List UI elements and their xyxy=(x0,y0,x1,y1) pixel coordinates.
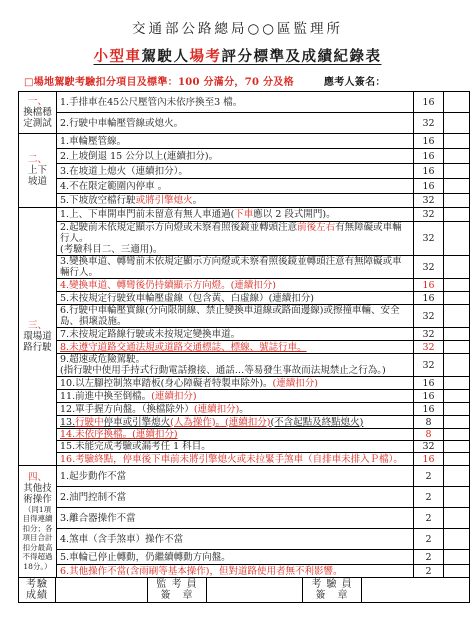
examiner-signature-label: 考 驗 員 簽 章 xyxy=(303,578,362,602)
item-text: 15.未能完成考驗或漏考任 1 科目。 xyxy=(57,441,414,453)
deduction-points: 16 xyxy=(414,279,444,292)
score-table-body: 一、 換檔穩 定測試1.手排車在45公尺壓管內未依序換至3 檔。162.行駛中車… xyxy=(19,92,470,578)
deduction-points: 32 xyxy=(414,305,444,328)
deduction-points: 32 xyxy=(414,113,444,134)
table-row: 4.不在限定範圍內停車 。16 xyxy=(19,179,470,194)
deduction-points: 16 xyxy=(414,179,444,194)
item-text: 4.不在限定範圍內停車 。 xyxy=(57,179,414,194)
table-row: 4.煞車（含手煞車）操作不當2 xyxy=(19,529,470,550)
table-row: 2.起駛前未依規定顯示方向燈或未察看照後鏡並轉頭注意前後左右有無障礙或車輛行人。… xyxy=(19,222,470,256)
section-number: 二、 xyxy=(28,154,47,165)
table-row: 15.未能完成考驗或漏考任 1 科目。32 xyxy=(19,441,470,453)
deduction-points: 2 xyxy=(414,529,444,550)
table-row: 5.未按規定行駛致車輪壓虛線（包含黃、白虛線）(連續扣分)16 xyxy=(19,292,470,305)
deduction-record-cell[interactable] xyxy=(444,341,470,354)
deduction-points: 16 xyxy=(414,403,444,416)
item-text: 3.在坡道上熄火（連續扣分）。 xyxy=(57,164,414,179)
deduction-record-cell[interactable] xyxy=(444,279,470,292)
table-row: 12.單手握方向盤。（換檔除外）(連續扣分)。16 xyxy=(19,403,470,416)
table-row: 4.變換車道、轉彎後仍持續顯示方向燈。(連續扣分)16 xyxy=(19,279,470,292)
item-text: 5.未按規定行駛致車輪壓虛線（包含黃、白虛線）(連續扣分) xyxy=(57,292,414,305)
item-text: 2.油門控制不當 xyxy=(57,487,414,508)
item-text: 9.超速或危險駕駛。 (指行駛中使用手持式行動電話撥接、通話…等易發生事故而法規… xyxy=(57,354,414,377)
table-row: 11.前進中換至倒檔。(連續扣分)16 xyxy=(19,390,470,403)
item-text: 4.煞車（含手煞車）操作不當 xyxy=(57,529,414,550)
deduction-record-cell[interactable] xyxy=(444,113,470,134)
deduction-standard-note: □場地駕駛考驗扣分項目及標準：100 分滿分，70 分及格 xyxy=(24,73,294,88)
deduction-points: 16 xyxy=(414,453,444,466)
deduction-record-cell[interactable] xyxy=(444,377,470,390)
table-row: 10.以左腳控制煞車踏板(身心障礙者特製車除外)。(連續扣分)16 xyxy=(19,377,470,390)
deduction-points: 8 xyxy=(414,429,444,441)
exam-result-value-cell[interactable] xyxy=(56,578,148,602)
deduction-points: 32 xyxy=(414,208,444,222)
section-number: 四、 xyxy=(28,472,47,483)
deduction-points: 8 xyxy=(414,416,444,429)
item-text: 5.下坡放空檔行駛或將引擎熄火。 xyxy=(57,194,414,208)
deduction-record-cell[interactable] xyxy=(444,292,470,305)
exam-result-label: 考驗 成績 xyxy=(19,578,56,602)
deduction-points: 16 xyxy=(414,292,444,305)
deduction-record-cell[interactable] xyxy=(444,390,470,403)
deduction-record-cell[interactable] xyxy=(444,194,470,208)
item-text: 2.上坡倒退 15 公分以上(連續扣分)。 xyxy=(57,149,414,164)
table-row: 13.行駛中停車或引擎熄火(人為操作)。(連續扣分)(不含起點及終點熄火)8 xyxy=(19,416,470,429)
score-table: 一、 換檔穩 定測試1.手排車在45公尺壓管內未依序換至3 檔。162.行駛中車… xyxy=(18,91,470,603)
table-row: 2.油門控制不當2 xyxy=(19,487,470,508)
footer-row: 考驗 成績 監 考 員 簽 章 考 驗 員 簽 章 xyxy=(19,578,470,603)
header-note-row: □場地駕駛考驗扣分項目及標準：100 分滿分，70 分及格 應考人簽名： xyxy=(24,73,475,88)
deduction-points: 16 xyxy=(414,92,444,113)
deduction-points: 16 xyxy=(414,390,444,403)
deduction-points: 32 xyxy=(414,222,444,256)
item-text: 6.行駛中車輪壓實線(分向限制線、禁止變換車道線或路面邊線)或擦撞車輛、安全島、… xyxy=(57,305,414,328)
page-subtitle: 小型車駕駛人場考評分標準及成績紀錄表 xyxy=(0,45,475,66)
deduction-record-cell[interactable] xyxy=(444,328,470,341)
deduction-points: 32 xyxy=(414,341,444,354)
table-row: 一、 換檔穩 定測試1.手排車在45公尺壓管內未依序換至3 檔。16 xyxy=(19,92,470,113)
deduction-points: 16 xyxy=(414,134,444,149)
section-number: 一、 xyxy=(28,96,47,107)
deduction-record-cell[interactable] xyxy=(444,453,470,466)
deduction-record-cell[interactable] xyxy=(444,222,470,256)
deduction-points: 2 xyxy=(414,466,444,487)
item-text: 12.單手握方向盤。（換檔除外）(連續扣分)。 xyxy=(57,403,414,416)
table-row: 6.行駛中車輪壓實線(分向限制線、禁止變換車道線或路面邊線)或擦撞車輛、安全島、… xyxy=(19,305,470,328)
item-text: 1.車輪壓管線。 xyxy=(57,134,414,149)
deduction-points: 16 xyxy=(414,164,444,179)
deduction-record-cell[interactable] xyxy=(444,92,470,113)
table-row: 3.離合器操作不當2 xyxy=(19,508,470,529)
item-text: 1.上、下車開車門前未留意有無人車通過(下車應以 2 段式開門)。 xyxy=(57,208,414,222)
item-text: 3.離合器操作不當 xyxy=(57,508,414,529)
document-page: 交通部公路總局○○區監理所 小型車駕駛人場考評分標準及成績紀錄表 □場地駕駛考驗… xyxy=(0,0,475,640)
section-number: 三、 xyxy=(28,320,47,331)
table-row: 2.行駛中車輪壓管線或熄火。32 xyxy=(19,113,470,134)
table-row: 6.其他操作不當(含雨刷等基本操作)，但對道路使用者無不利影響。2 xyxy=(19,565,470,578)
item-text: 6.其他操作不當(含雨刷等基本操作)，但對道路使用者無不利影響。 xyxy=(57,565,414,578)
deduction-record-cell[interactable] xyxy=(444,550,470,565)
item-text: 11.前進中換至倒檔。(連續扣分) xyxy=(57,390,414,403)
deduction-record-cell[interactable] xyxy=(444,134,470,149)
item-text: 16.考驗終點，停車後下車前未將引擎熄火或未拉緊手煞車（自排車未排入Ｐ檔）。 xyxy=(57,453,414,466)
deduction-points: 32 xyxy=(414,328,444,341)
item-text: 10.以左腳控制煞車踏板(身心障礙者特製車除外)。(連續扣分) xyxy=(57,377,414,390)
table-row: 14.未依序換檔。(連續扣分)8 xyxy=(19,429,470,441)
proctor-signature-cell[interactable] xyxy=(207,578,303,602)
deduction-points: 32 xyxy=(414,194,444,208)
table-row: 5.車輪已停止轉動，仍繼續轉動方向盤。2 xyxy=(19,550,470,565)
table-row: 9.超速或危險駕駛。 (指行駛中使用手持式行動電話撥接、通話…等易發生事故而法規… xyxy=(19,354,470,377)
item-text: 2.起駛前未依規定顯示方向燈或未察看照後鏡並轉頭注意前後左右有無障礙或車輛行人。… xyxy=(57,222,414,256)
table-row: 2.上坡倒退 15 公分以上(連續扣分)。16 xyxy=(19,149,470,164)
deduction-points: 16 xyxy=(414,149,444,164)
section-label: 三、 環場道 路行駛 xyxy=(19,208,57,466)
table-row: 7.未按規定路線行駛或未按規定變換車道。32 xyxy=(19,328,470,341)
table-row: 三、 環場道 路行駛1.上、下車開車門前未留意有無人車通過(下車應以 2 段式開… xyxy=(19,208,470,222)
deduction-points: 16 xyxy=(414,377,444,390)
section-label: 四、 其他技 術操作（同1項 目得連續 扣分；各 項目合計 扣分最高 不得超過 … xyxy=(19,466,57,578)
deduction-points: 2 xyxy=(414,508,444,529)
section-label: 一、 換檔穩 定測試 xyxy=(19,92,57,134)
section-note: （同1項 目得連續 扣分；各 項目合計 扣分最高 不得超過 18分。） xyxy=(22,505,53,572)
table-row: 四、 其他技 術操作（同1項 目得連續 扣分；各 項目合計 扣分最高 不得超過 … xyxy=(19,466,470,487)
item-text: 2.行駛中車輪壓管線或熄火。 xyxy=(57,113,414,134)
deduction-record-cell[interactable] xyxy=(444,487,470,508)
deduction-points: 2 xyxy=(414,550,444,565)
proctor-signature-label: 監 考 員 簽 章 xyxy=(148,578,207,602)
deduction-record-cell[interactable] xyxy=(444,354,470,377)
deduction-record-cell[interactable] xyxy=(444,149,470,164)
deduction-record-cell[interactable] xyxy=(444,179,470,194)
table-row: 16.考驗終點，停車後下車前未將引擎熄火或未拉緊手煞車（自排車未排入Ｐ檔）。16 xyxy=(19,453,470,466)
item-text: 8.未遵守道路交通法規或道路交通標誌、標線、號誌行車。 xyxy=(57,341,414,354)
deduction-record-cell[interactable] xyxy=(444,164,470,179)
table-row: 5.下坡放空檔行駛或將引擎熄火。32 xyxy=(19,194,470,208)
examiner-signature-cell[interactable] xyxy=(362,578,469,602)
deduction-record-cell[interactable] xyxy=(444,441,470,453)
examinee-signature-label: 應考人簽名： xyxy=(324,73,386,88)
item-text: 3.變換車道、轉彎前未依規定顯示方向燈或未察看照後鏡並轉頭注意有無障礙或車輛行人… xyxy=(57,256,414,279)
deduction-record-cell[interactable] xyxy=(444,403,470,416)
deduction-record-cell[interactable] xyxy=(444,529,470,550)
deduction-points: 2 xyxy=(414,565,444,578)
deduction-record-cell[interactable] xyxy=(444,565,470,578)
deduction-record-cell[interactable] xyxy=(444,429,470,441)
deduction-record-cell[interactable] xyxy=(444,208,470,222)
deduction-record-cell[interactable] xyxy=(444,305,470,328)
deduction-points: 32 xyxy=(414,256,444,279)
item-text: 7.未按規定路線行駛或未按規定變換車道。 xyxy=(57,328,414,341)
deduction-record-cell[interactable] xyxy=(444,466,470,487)
deduction-points: 32 xyxy=(414,441,444,453)
table-row: 3.在坡道上熄火（連續扣分）。16 xyxy=(19,164,470,179)
table-row: 二、 上下 坡道1.車輪壓管線。16 xyxy=(19,134,470,149)
deduction-record-cell[interactable] xyxy=(444,508,470,529)
item-text: 1.起步動作不當 xyxy=(57,466,414,487)
page-title: 交通部公路總局○○區監理所 xyxy=(0,0,475,37)
section-label: 二、 上下 坡道 xyxy=(19,134,57,208)
item-text: 5.車輪已停止轉動，仍繼續轉動方向盤。 xyxy=(57,550,414,565)
page-subtitle-text: 小型車駕駛人場考評分標準及成績紀錄表 xyxy=(94,48,382,65)
table-row: 8.未遵守道路交通法規或道路交通標誌、標線、號誌行車。32 xyxy=(19,341,470,354)
item-text: 4.變換車道、轉彎後仍持續顯示方向燈。(連續扣分) xyxy=(57,279,414,292)
deduction-points: 2 xyxy=(414,487,444,508)
deduction-points: 32 xyxy=(414,354,444,377)
item-text: 1.手排車在45公尺壓管內未依序換至3 檔。 xyxy=(57,92,414,113)
item-text: 14.未依序換檔。(連續扣分) xyxy=(57,429,414,441)
item-text: 13.行駛中停車或引擎熄火(人為操作)。(連續扣分)(不含起點及終點熄火) xyxy=(57,416,414,429)
table-row: 3.變換車道、轉彎前未依規定顯示方向燈或未察看照後鏡並轉頭注意有無障礙或車輛行人… xyxy=(19,256,470,279)
footer-cells: 考驗 成績 監 考 員 簽 章 考 驗 員 簽 章 xyxy=(19,578,470,603)
deduction-record-cell[interactable] xyxy=(444,256,470,279)
deduction-record-cell[interactable] xyxy=(444,416,470,429)
